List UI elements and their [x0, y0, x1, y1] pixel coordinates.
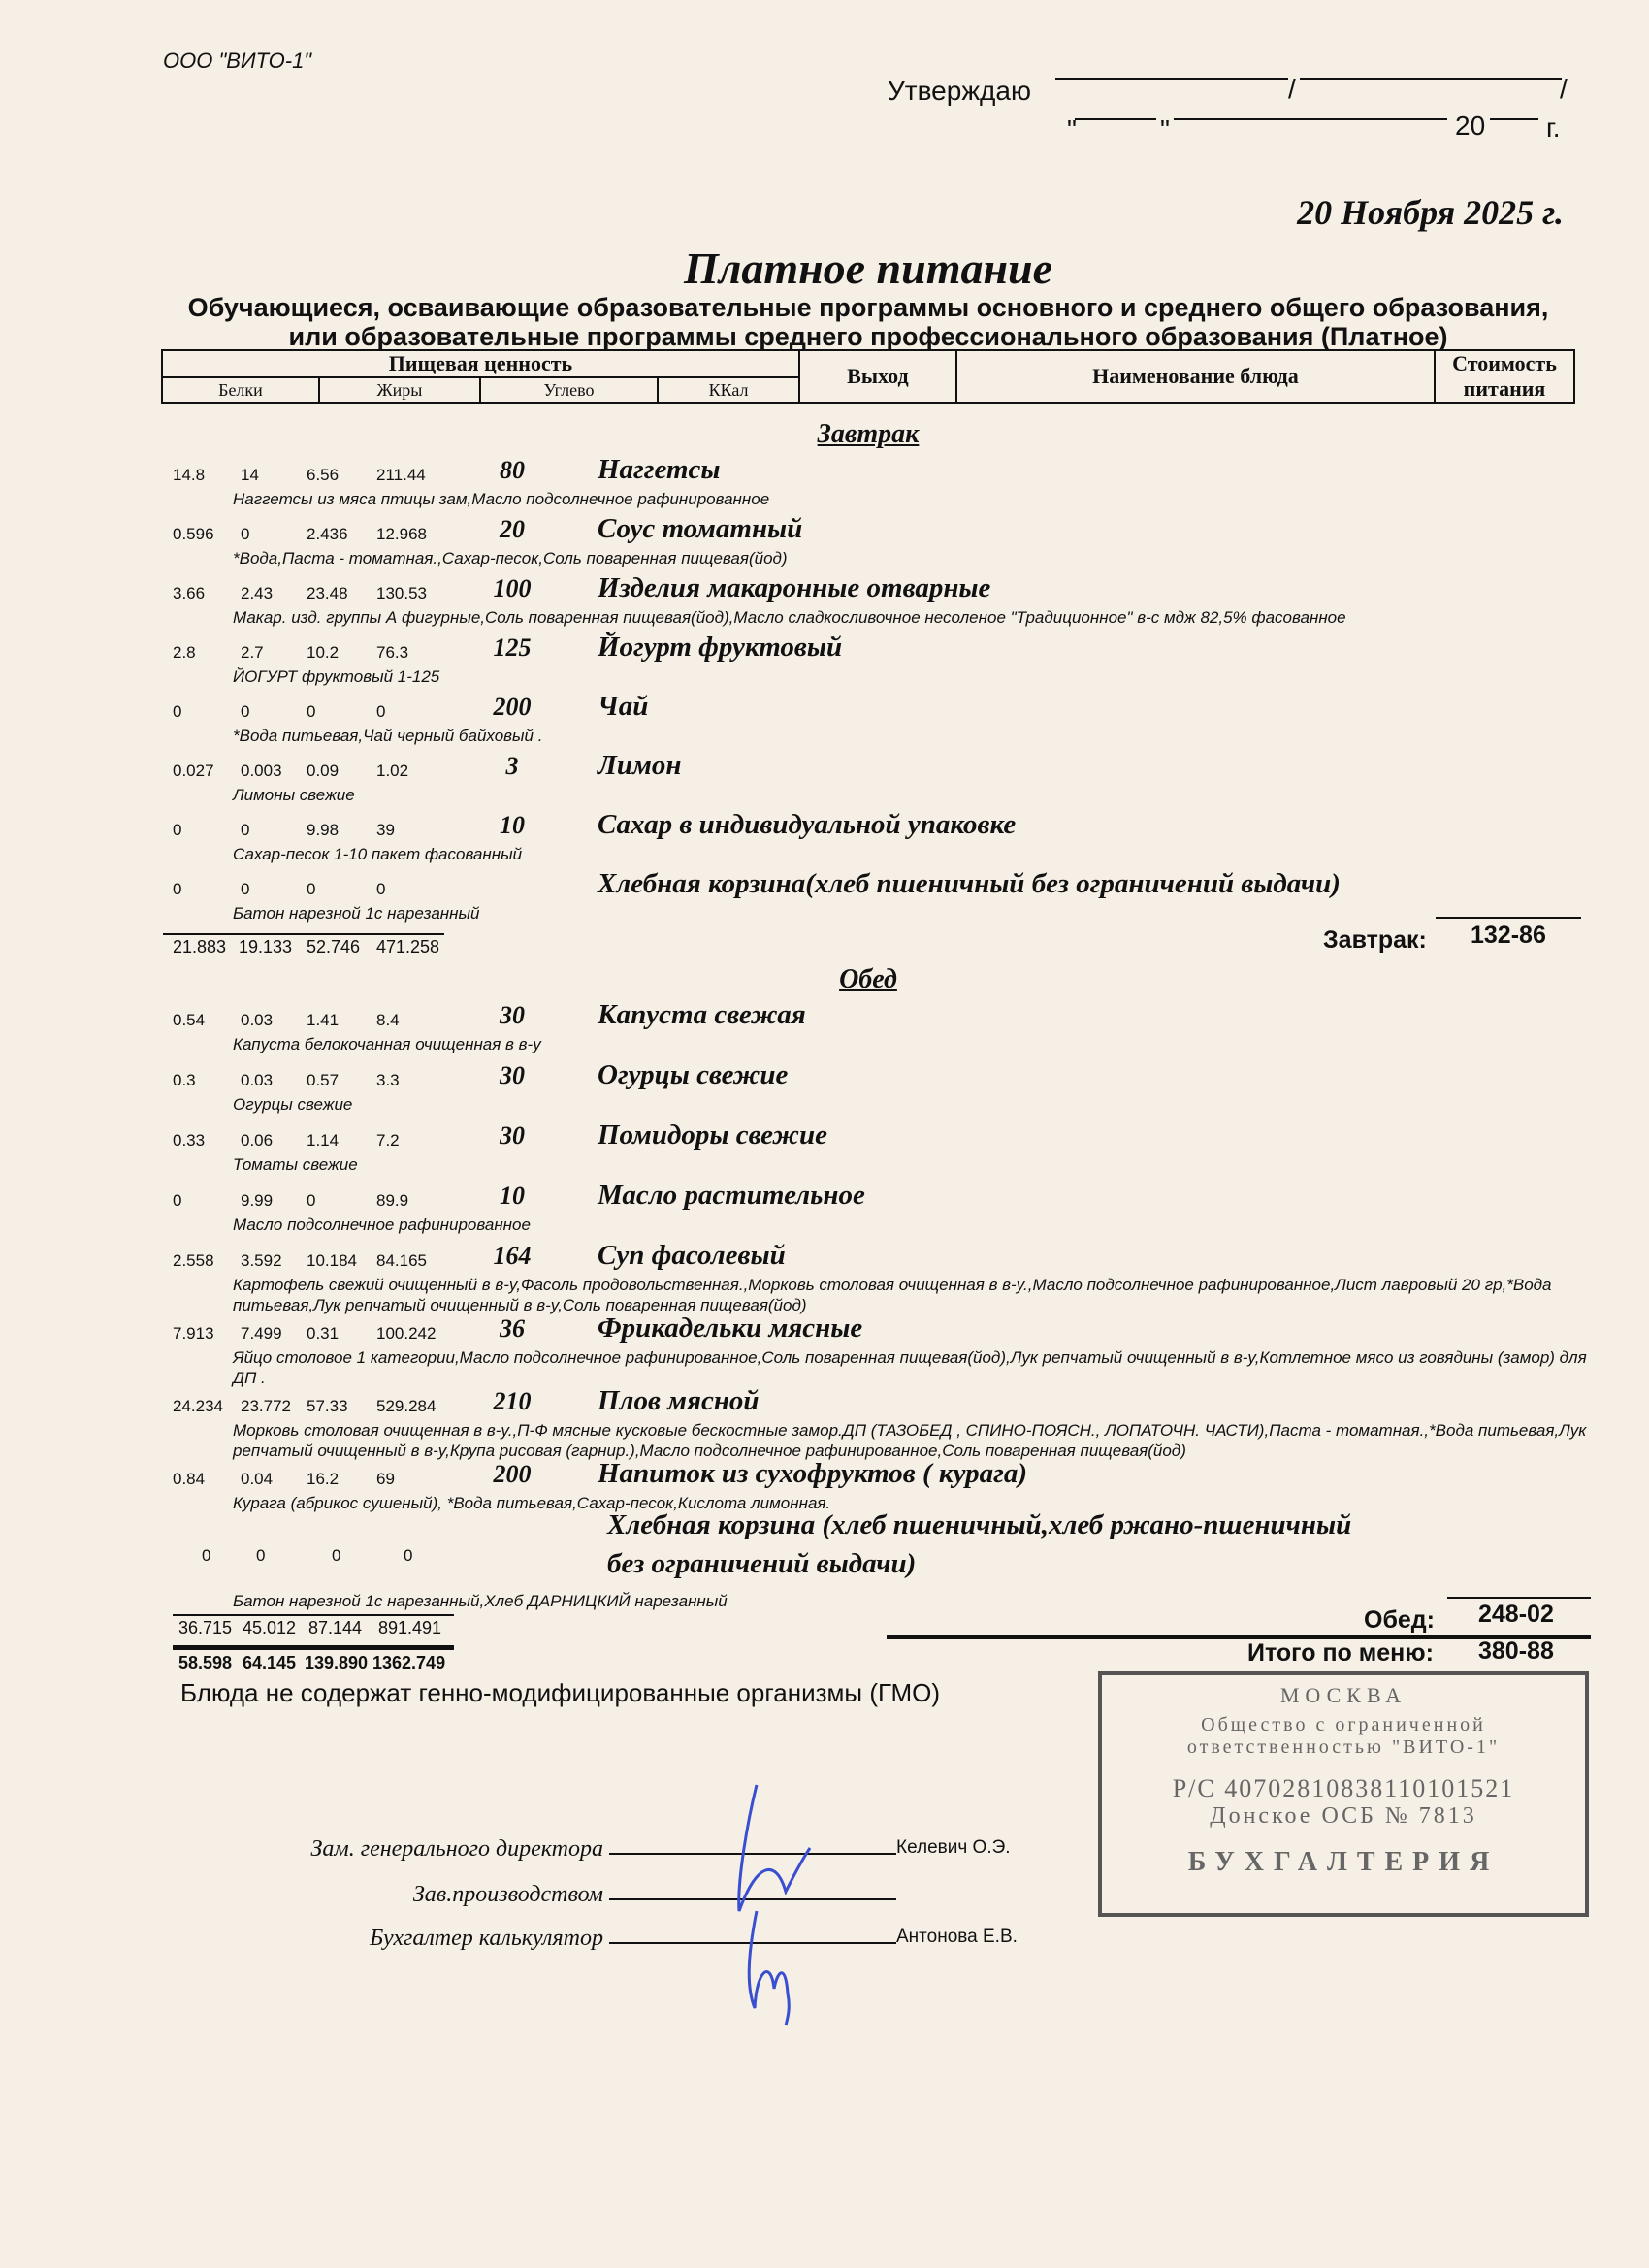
organization-stamp: МОСКВА Общество с ограниченной ответстве… — [1098, 1671, 1589, 1917]
breakfast-totals-rule — [163, 933, 444, 935]
total-kcal: 891.491 — [378, 1618, 441, 1638]
kcal: 39 — [376, 821, 395, 840]
total-fat: 45.012 — [242, 1618, 296, 1638]
organization-name: ООО "ВИТО-1" — [163, 49, 311, 74]
protein: 24.234 — [173, 1397, 223, 1416]
kcal: 8.4 — [376, 1011, 400, 1030]
dish-ingredients: Лимоны свежие — [233, 785, 1591, 805]
fat: 3.592 — [241, 1251, 282, 1271]
carbs: 10.184 — [307, 1251, 357, 1271]
header-dish: Наименование блюда — [956, 350, 1435, 403]
grand-total-label: Итого по меню: — [1247, 1639, 1434, 1668]
dish-ingredients: ЙОГУРТ фруктовый 1-125 — [233, 666, 1591, 687]
signature-role-production-head: Зав.производством — [254, 1882, 603, 1908]
carbs: 16.2 — [307, 1470, 339, 1489]
dish-name: Капуста свежая — [598, 999, 806, 1031]
kcal: 0 — [404, 1546, 412, 1566]
dish-yield: 200 — [473, 693, 551, 722]
total-protein: 21.883 — [173, 937, 226, 957]
kcal: 12.968 — [376, 525, 427, 544]
grand-total-protein: 58.598 — [178, 1653, 232, 1673]
approval-month-line — [1174, 118, 1447, 120]
dish-name-continued: без ограничений выдачи) — [607, 1548, 916, 1580]
carbs: 0 — [307, 1191, 315, 1211]
dish-ingredients: Макар. изд. группы А фигурные,Соль повар… — [233, 607, 1591, 628]
kcal: 69 — [376, 1470, 395, 1489]
carbs: 1.41 — [307, 1011, 339, 1030]
dish-yield: 164 — [473, 1242, 551, 1271]
dish-ingredients: Наггетсы из мяса птицы зам,Масло подсолн… — [233, 489, 1591, 509]
dish-ingredients: Сахар-песок 1-10 пакет фасованный — [233, 844, 1591, 864]
dish-ingredients: *Вода,Паста - томатная.,Сахар-песок,Соль… — [233, 548, 1591, 568]
fat: 0 — [241, 880, 249, 899]
approval-slash-end: / — [1560, 74, 1568, 105]
header-fat: Жиры — [319, 377, 480, 403]
fat: 0.04 — [241, 1470, 273, 1489]
breakfast-cost: 132-86 — [1471, 922, 1546, 950]
carbs: 23.48 — [307, 584, 348, 603]
fat: 0 — [256, 1546, 265, 1566]
kcal: 84.165 — [376, 1251, 427, 1271]
protein: 0.54 — [173, 1011, 205, 1030]
approval-name-line — [1300, 78, 1562, 80]
carbs: 9.98 — [307, 821, 339, 840]
dish-yield: 30 — [473, 1121, 551, 1150]
fat: 2.7 — [241, 643, 264, 663]
stamp-account: Р/С 40702810838110101521 — [1102, 1774, 1585, 1803]
grand-total-fat: 64.145 — [242, 1653, 296, 1673]
carbs: 0.09 — [307, 761, 339, 781]
carbs: 10.2 — [307, 643, 339, 663]
approval-year-suffix: г. — [1546, 113, 1561, 144]
dish-yield: 10 — [473, 811, 551, 840]
dish-name: Хлебная корзина (хлеб пшеничный,хлеб ржа… — [607, 1509, 1351, 1541]
fat: 14 — [241, 466, 259, 485]
carbs: 2.436 — [307, 525, 348, 544]
handwritten-signatures-icon — [718, 1766, 854, 2027]
dish-ingredients: Яйцо столовое 1 категории,Масло подсолне… — [233, 1347, 1591, 1388]
protein: 0.33 — [173, 1131, 205, 1150]
signature-role-deputy-director: Зам. генерального директора — [254, 1836, 603, 1863]
fat: 0 — [241, 525, 249, 544]
dish-ingredients: Батон нарезной 1с нарезанный — [233, 903, 1591, 923]
kcal: 76.3 — [376, 643, 408, 663]
total-fat: 19.133 — [239, 937, 292, 957]
dish-name: Йогурт фруктовый — [598, 632, 842, 664]
approval-year-line — [1490, 118, 1538, 120]
header-yield: Выход — [799, 350, 956, 403]
grand-total-cost: 380-88 — [1478, 1637, 1554, 1666]
signature-name-accountant: Антонова Е.В. — [896, 1927, 1018, 1948]
protein: 0.3 — [173, 1071, 196, 1090]
dish-name: Огурцы свежие — [598, 1059, 788, 1091]
dish-ingredients: Масло подсолнечное рафинированное — [233, 1215, 1591, 1235]
lunch-totals-rule — [173, 1614, 454, 1616]
kcal: 3.3 — [376, 1071, 400, 1090]
fat: 0.03 — [241, 1011, 273, 1030]
dish-yield: 100 — [473, 574, 551, 603]
page-title: Платное питание — [0, 243, 1649, 294]
approval-year-prefix: 20 — [1455, 111, 1485, 142]
kcal: 89.9 — [376, 1191, 408, 1211]
dish-yield: 30 — [473, 1061, 551, 1090]
dish-ingredients: Огурцы свежие — [233, 1094, 1591, 1115]
protein: 0 — [173, 821, 181, 840]
dish-yield: 210 — [473, 1387, 551, 1416]
protein: 14.8 — [173, 466, 205, 485]
signature-role-accountant: Бухгалтер калькулятор — [254, 1926, 603, 1952]
fat: 9.99 — [241, 1191, 273, 1211]
carbs: 57.33 — [307, 1397, 348, 1416]
total-protein: 36.715 — [178, 1618, 232, 1638]
dish-ingredients: Томаты свежие — [233, 1154, 1591, 1175]
dish-yield: 80 — [473, 456, 551, 485]
fat: 0.003 — [241, 761, 282, 781]
fat: 0.03 — [241, 1071, 273, 1090]
fat: 7.499 — [241, 1324, 282, 1344]
total-carbs: 87.144 — [308, 1618, 362, 1638]
breakfast-cost-label: Завтрак: — [1323, 926, 1427, 955]
document-date: 20 Ноября 2025 г. — [1297, 192, 1564, 233]
lunch-cost-label: Обед: — [1364, 1606, 1435, 1635]
stamp-line-3: ответственностью "ВИТО-1" — [1102, 1736, 1585, 1759]
section-lunch: Обед — [0, 964, 1649, 995]
kcal: 130.53 — [376, 584, 427, 603]
dish-ingredients: Капуста белокочанная очищенная в в-у — [233, 1034, 1591, 1054]
kcal: 100.242 — [376, 1324, 436, 1344]
total-carbs: 52.746 — [307, 937, 360, 957]
stamp-bank: Донское ОСБ № 7813 — [1102, 1803, 1585, 1830]
fat: 0.06 — [241, 1131, 273, 1150]
dish-name: Фрикадельки мясные — [598, 1312, 862, 1345]
approval-label: Утверждаю — [888, 76, 1031, 106]
lunch-cost-rule — [1447, 1597, 1591, 1599]
section-breakfast: Завтрак — [0, 419, 1649, 450]
header-protein: Белки — [162, 377, 319, 403]
protein: 0.596 — [173, 525, 214, 544]
dish-ingredients: Картофель свежий очищенный в в-у,Фасоль … — [233, 1275, 1591, 1315]
protein: 0 — [202, 1546, 210, 1566]
carbs: 0.31 — [307, 1324, 339, 1344]
carbs: 0.57 — [307, 1071, 339, 1090]
protein: 0.027 — [173, 761, 214, 781]
dish-name: Напиток из сухофруктов ( курага) — [598, 1458, 1027, 1490]
kcal: 529.284 — [376, 1397, 436, 1416]
carbs: 6.56 — [307, 466, 339, 485]
fat: 23.772 — [241, 1397, 291, 1416]
dish-name: Чай — [598, 691, 648, 723]
kcal: 0 — [376, 880, 385, 899]
carbs: 0 — [307, 702, 315, 722]
fat: 0 — [241, 702, 249, 722]
protein: 0 — [173, 1191, 181, 1211]
protein: 7.913 — [173, 1324, 214, 1344]
kcal: 1.02 — [376, 761, 408, 781]
stamp-city: МОСКВА — [1102, 1683, 1585, 1708]
header-nutrition: Пищевая ценность — [162, 350, 799, 377]
kcal: 211.44 — [376, 466, 426, 485]
kcal: 7.2 — [376, 1131, 400, 1150]
protein: 0 — [173, 880, 181, 899]
carbs: 1.14 — [307, 1131, 339, 1150]
carbs: 0 — [332, 1546, 340, 1566]
approval-slash: / — [1288, 74, 1296, 105]
approval-quote-close: " — [1160, 114, 1170, 146]
dish-yield: 200 — [473, 1460, 551, 1489]
menu-table-header: Пищевая ценность Выход Наименование блюд… — [161, 349, 1575, 404]
approval-day-line — [1075, 118, 1156, 120]
dish-yield: 3 — [473, 752, 551, 781]
protein: 3.66 — [173, 584, 205, 603]
dish-yield: 36 — [473, 1314, 551, 1344]
fat: 2.43 — [241, 584, 273, 603]
dish-name: Наггетсы — [598, 454, 721, 486]
header-kcal: ККал — [658, 377, 799, 403]
protein: 2.558 — [173, 1251, 214, 1271]
dish-yield: 10 — [473, 1182, 551, 1211]
protein: 0.84 — [173, 1470, 205, 1489]
dish-name: Плов мясной — [598, 1385, 760, 1417]
header-cost: Стоимость питания — [1435, 350, 1574, 403]
grand-total-carbs: 139.890 — [305, 1653, 368, 1673]
protein: 2.8 — [173, 643, 196, 663]
carbs: 0 — [307, 880, 315, 899]
signature-name-deputy-director: Келевич О.Э. — [896, 1837, 1011, 1859]
lunch-cost: 248-02 — [1478, 1601, 1554, 1629]
dish-ingredients: *Вода питьевая,Чай черный байховый . — [233, 726, 1591, 746]
gmo-note: Блюда не содержат генно-модифицированные… — [180, 1678, 940, 1708]
dish-name: Соус томатный — [598, 513, 802, 545]
grand-total-kcal: 1362.749 — [372, 1653, 445, 1673]
kcal: 0 — [376, 702, 385, 722]
dish-name: Сахар в индивидуальной упаковке — [598, 809, 1016, 841]
approval-signature-line — [1055, 78, 1288, 80]
fat: 0 — [241, 821, 249, 840]
dish-ingredients: Морковь столовая очищенная в в-у.,П-Ф мя… — [233, 1420, 1591, 1461]
page-subtitle: Обучающиеся, осваивающие образовательные… — [165, 293, 1571, 351]
protein: 0 — [173, 702, 181, 722]
breakfast-cost-rule — [1436, 917, 1581, 919]
dish-yield: 30 — [473, 1001, 551, 1030]
dish-name: Лимон — [598, 750, 682, 782]
dish-name: Суп фасолевый — [598, 1240, 786, 1272]
dish-name: Помидоры свежие — [598, 1119, 827, 1151]
header-carbs: Углево — [480, 377, 658, 403]
total-kcal: 471.258 — [376, 937, 439, 957]
dish-yield: 20 — [473, 515, 551, 544]
dish-name: Масло растительное — [598, 1180, 865, 1212]
dish-name: Хлебная корзина(хлеб пшеничный без огран… — [598, 868, 1341, 900]
approval-block: Утверждаю — [888, 76, 1031, 107]
stamp-line-2: Общество с ограниченной — [1102, 1714, 1585, 1736]
stamp-department: БУХГАЛТЕРИЯ — [1102, 1847, 1585, 1878]
grand-totals-rule — [173, 1645, 454, 1650]
dish-name: Изделия макаронные отварные — [598, 572, 990, 604]
dish-yield: 125 — [473, 633, 551, 663]
